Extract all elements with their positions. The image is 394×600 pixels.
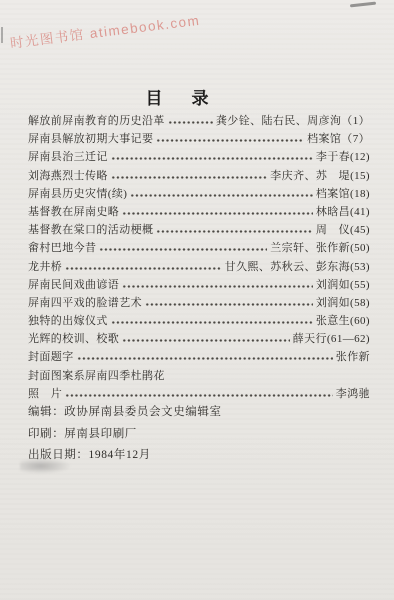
scan-artifact-tick <box>1 27 3 43</box>
entry-author: 李鸿驰 <box>336 385 370 401</box>
entry-title: 独特的出嫁仪式 <box>28 312 108 328</box>
entry-author: 甘久熙、苏秋云、彭东海(53) <box>225 258 370 274</box>
ink-smudge <box>20 458 72 474</box>
toc-entry: 封面图案系屏南四季杜鹃花 <box>28 367 370 385</box>
toc-list: 解放前屏南教育的历史沿革 龚少铨、陆右民、周彦洵（1） 屏南县解放初期大事记要 … <box>28 112 370 403</box>
toc-entry: 照 片 李鸿驰 <box>28 385 370 403</box>
scan-artifact-dash <box>350 2 376 8</box>
dot-leader <box>65 261 221 270</box>
colophon-printer: 印刷：屏南县印刷厂 <box>28 424 222 446</box>
dot-leader <box>99 242 267 251</box>
entry-title: 屏南民间戏曲谚语 <box>28 276 119 292</box>
colophon: 编辑：政协屏南县委员会文史编辑室 印刷：屏南县印刷厂 出版日期：1984年12月 <box>28 402 222 467</box>
toc-entry: 基督教在棠口的活动梗概 周 仪(45) <box>28 221 370 239</box>
entry-title: 屏南县治三迁记 <box>28 148 108 164</box>
dot-leader <box>122 279 313 288</box>
toc-entry: 刘海燕烈士传略 李庆齐、苏 堤(15) <box>28 167 370 185</box>
dot-leader <box>168 115 213 124</box>
entry-author: 李庆齐、苏 堤(15) <box>270 167 370 183</box>
toc-entry: 独特的出嫁仪式 张意生(60) <box>28 312 370 330</box>
toc-entry: 龙井桥 甘久熙、苏秋云、彭东海(53) <box>28 258 370 276</box>
entry-title: 封面图案系屏南四季杜鹃花 <box>28 367 370 383</box>
dot-leader <box>156 133 304 142</box>
entry-title: 刘海燕烈士传略 <box>28 167 108 183</box>
entry-title: 龙井桥 <box>28 258 62 274</box>
entry-title: 照 片 <box>28 385 62 401</box>
entry-title: 封面题字 <box>28 348 74 364</box>
dot-leader <box>111 315 313 324</box>
dot-leader <box>156 224 312 233</box>
dot-leader <box>130 188 313 197</box>
scanned-page: 时光图书馆 atimebook.com 目 录 解放前屏南教育的历史沿革 龚少铨… <box>0 0 394 600</box>
toc-entry: 屏南县历史灾情(续) 档案馆(18) <box>28 185 370 203</box>
toc-entry: 屏南县解放初期大事记要 档案馆（7） <box>28 130 370 148</box>
colophon-editor: 编辑：政协屏南县委员会文史编辑室 <box>28 402 222 424</box>
entry-title: 基督教在棠口的活动梗概 <box>28 221 153 237</box>
dot-leader <box>122 206 313 215</box>
entry-author: 张作新 <box>336 348 370 364</box>
entry-author: 薛天行(61—62) <box>293 330 370 346</box>
toc-entry: 畲村巴地今昔 兰宗轩、张作新(50) <box>28 239 370 257</box>
entry-author: 林晗昌(41) <box>316 203 370 219</box>
entry-title: 畲村巴地今昔 <box>28 239 96 255</box>
entry-author: 刘润如(58) <box>316 294 370 310</box>
dot-leader <box>65 388 333 397</box>
entry-title: 光辉的校训、校歌 <box>28 330 119 346</box>
dot-leader <box>111 151 313 160</box>
entry-author: 档案馆(18) <box>316 185 370 201</box>
entry-title: 屏南四平戏的脸谱艺术 <box>28 294 142 310</box>
page-title: 目 录 <box>0 84 360 109</box>
dot-leader <box>111 170 267 179</box>
toc-entry: 屏南四平戏的脸谱艺术 刘润如(58) <box>28 294 370 312</box>
toc-entry: 封面题字 张作新 <box>28 348 370 366</box>
entry-author: 兰宗轩、张作新(50) <box>270 239 370 255</box>
entry-author: 李于春(12) <box>316 148 370 164</box>
entry-title: 基督教在屏南史略 <box>28 203 119 219</box>
entry-author: 档案馆（7） <box>307 130 370 146</box>
dot-leader <box>77 351 333 360</box>
entry-author: 刘润如(55) <box>316 276 370 292</box>
watermark: 时光图书馆 atimebook.com <box>9 2 260 52</box>
toc-entry: 屏南民间戏曲谚语 刘润如(55) <box>28 276 370 294</box>
toc-entry: 光辉的校训、校歌 薛天行(61—62) <box>28 330 370 348</box>
dot-leader <box>145 297 313 306</box>
toc-entry: 基督教在屏南史略 林晗昌(41) <box>28 203 370 221</box>
entry-author: 周 仪(45) <box>316 221 370 237</box>
entry-author: 张意生(60) <box>316 312 370 328</box>
toc-entry: 解放前屏南教育的历史沿革 龚少铨、陆右民、周彦洵（1） <box>28 112 370 130</box>
toc-entry: 屏南县治三迁记 李于春(12) <box>28 148 370 166</box>
dot-leader <box>122 333 289 342</box>
entry-author: 龚少铨、陆右民、周彦洵（1） <box>216 112 370 128</box>
entry-title: 解放前屏南教育的历史沿革 <box>28 112 165 128</box>
entry-title: 屏南县解放初期大事记要 <box>28 130 153 146</box>
entry-title: 屏南县历史灾情(续) <box>28 185 127 201</box>
